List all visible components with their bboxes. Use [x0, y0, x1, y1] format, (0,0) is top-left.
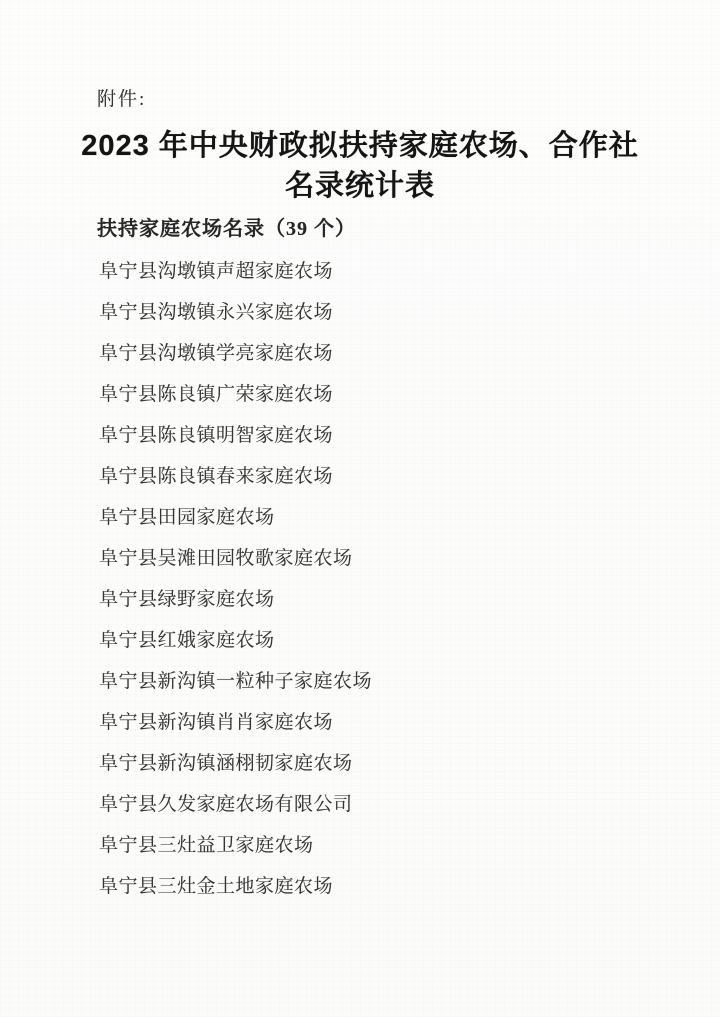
farm-list-item: 阜宁县陈良镇春来家庭农场 — [99, 454, 372, 495]
document-title-line-1: 2023 年中央财政拟扶持家庭农场、合作社 — [0, 126, 720, 166]
farm-list-item: 阜宁县吴滩田园牧歌家庭农场 — [99, 536, 372, 577]
farm-list-item: 阜宁县新沟镇肖肖家庭农场 — [99, 700, 372, 741]
farm-list-item: 阜宁县久发家庭农场有限公司 — [99, 782, 372, 823]
farm-list-item: 阜宁县沟墩镇声超家庭农场 — [99, 249, 372, 290]
farm-list-item: 阜宁县沟墩镇永兴家庭农场 — [99, 290, 372, 331]
farm-list-item: 阜宁县新沟镇一粒种子家庭农场 — [99, 659, 372, 700]
farm-list-item: 阜宁县陈良镇广荣家庭农场 — [99, 372, 372, 413]
farm-list-item: 阜宁县三灶益卫家庭农场 — [99, 823, 372, 864]
farm-list-item: 阜宁县红娥家庭农场 — [99, 618, 372, 659]
farm-list-item: 阜宁县田园家庭农场 — [99, 495, 372, 536]
document-title: 2023 年中央财政拟扶持家庭农场、合作社 名录统计表 — [0, 126, 720, 206]
attachment-label: 附件: — [97, 84, 146, 111]
farm-list-item: 阜宁县沟墩镇学亮家庭农场 — [99, 331, 372, 372]
farm-list-item: 阜宁县新沟镇涵栩韧家庭农场 — [99, 741, 372, 782]
scanned-document-page: 附件: 2023 年中央财政拟扶持家庭农场、合作社 名录统计表 扶持家庭农场名录… — [0, 0, 720, 1017]
document-title-line-2: 名录统计表 — [0, 166, 720, 206]
farm-list: 阜宁县沟墩镇声超家庭农场阜宁县沟墩镇永兴家庭农场阜宁县沟墩镇学亮家庭农场阜宁县陈… — [99, 249, 372, 905]
section-heading: 扶持家庭农场名录（39 个） — [97, 212, 356, 241]
farm-list-item: 阜宁县绿野家庭农场 — [99, 577, 372, 618]
farm-list-item: 阜宁县三灶金土地家庭农场 — [99, 864, 372, 905]
farm-list-item: 阜宁县陈良镇明智家庭农场 — [99, 413, 372, 454]
